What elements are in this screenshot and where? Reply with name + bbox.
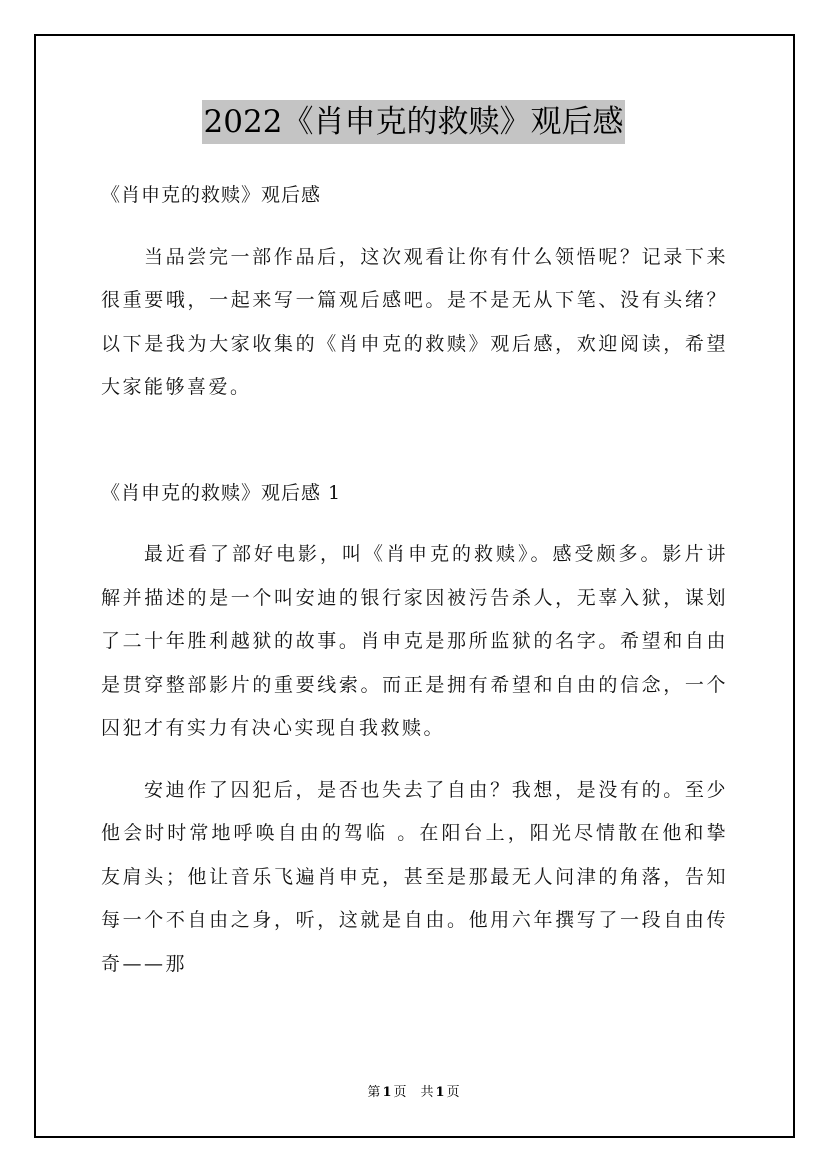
page-suffix: 页 xyxy=(393,1081,406,1100)
page-footer: 第1页共1页 xyxy=(0,1081,827,1100)
title-container: 2022《肖申克的救赎》观后感 xyxy=(0,100,827,144)
section-heading: 《肖申克的救赎》观后感 1 xyxy=(101,472,728,516)
total-page-count: 1 xyxy=(434,1085,447,1100)
page-prefix: 第 xyxy=(367,1081,380,1100)
spacer xyxy=(101,515,728,533)
section-paragraph: 最近看了部好电影，叫《肖申克的救赎》。感受颇多。影片讲解并描述的是一个叫安迪的银… xyxy=(101,533,728,751)
current-page-number: 1 xyxy=(380,1085,393,1100)
spacer xyxy=(101,218,728,236)
total-suffix: 页 xyxy=(447,1081,460,1100)
spacer xyxy=(101,410,728,472)
total-prefix: 共 xyxy=(421,1081,434,1100)
document-title: 2022《肖申克的救赎》观后感 xyxy=(202,100,626,144)
spacer xyxy=(101,751,728,769)
section-paragraph: 安迪作了囚犯后，是否也失去了自由？我想，是没有的。至少他会时时常地呼唤自由的驾临… xyxy=(101,769,728,987)
intro-paragraph: 当品尝完一部作品后，这次观看让你有什么领悟呢？记录下来很重要哦，一起来写一篇观后… xyxy=(101,236,728,410)
intro-heading: 《肖申克的救赎》观后感 xyxy=(101,174,728,218)
document-body: 《肖申克的救赎》观后感 当品尝完一部作品后，这次观看让你有什么领悟呢？记录下来很… xyxy=(101,174,728,986)
